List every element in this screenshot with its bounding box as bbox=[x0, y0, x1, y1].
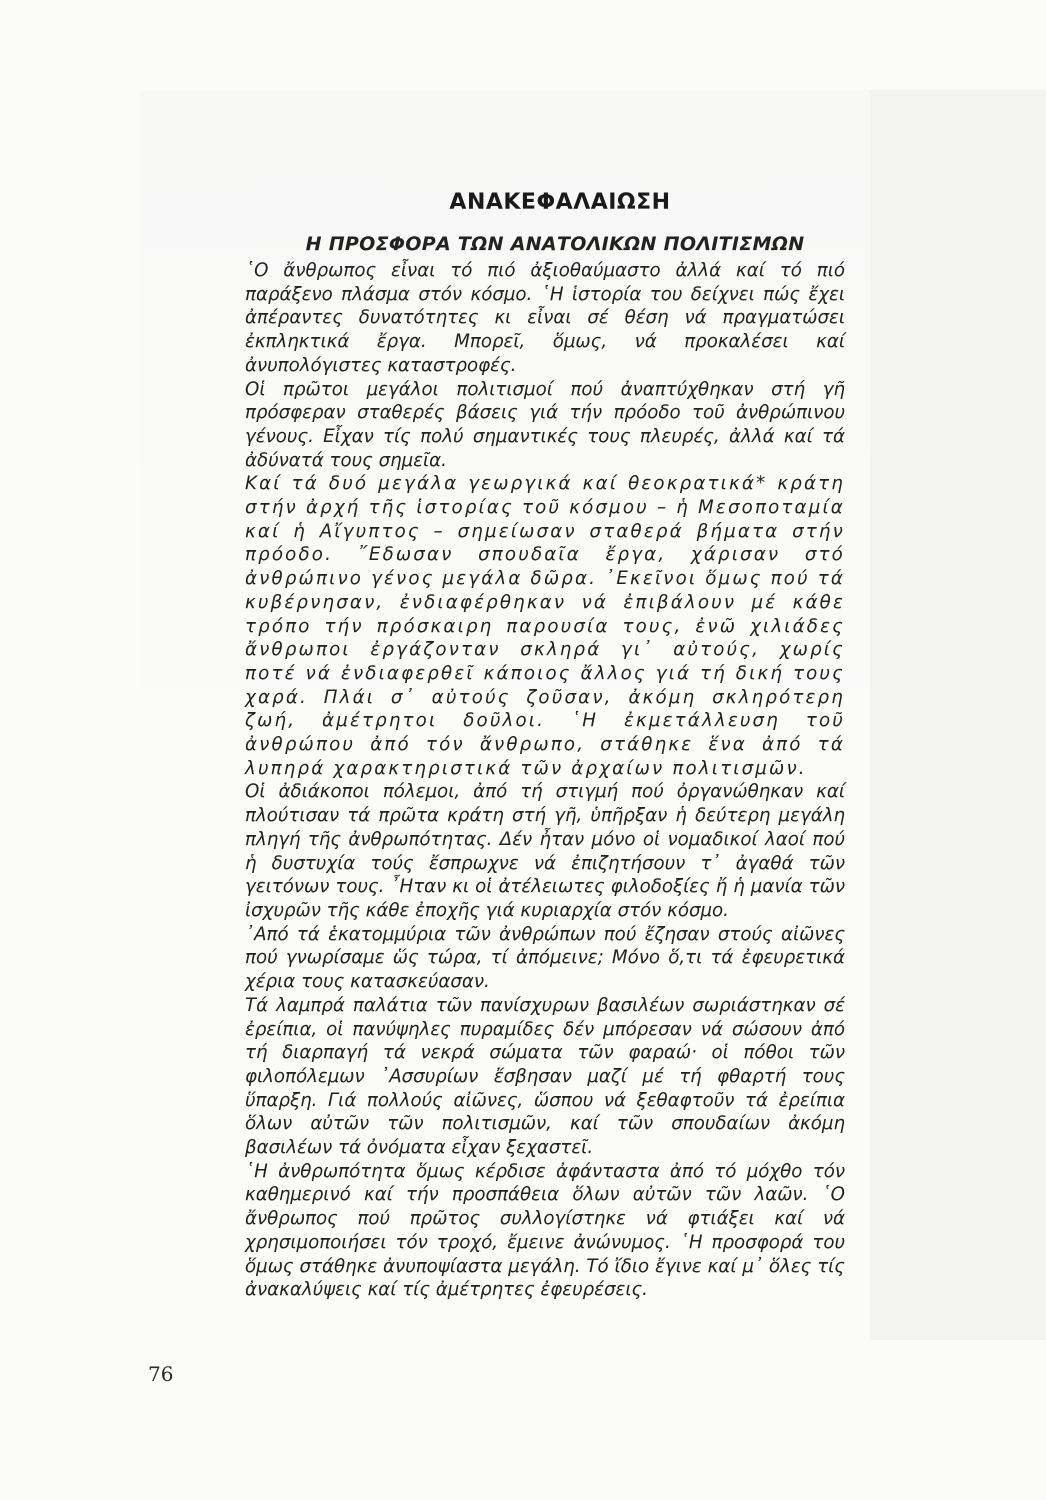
summary-section: ΑΝΑΚΕΦΑΛΑΙΩΣΗ Η ΠΡΟΣΦΟΡΑ ΤΩΝ ΑΝΑΤΟΛΙΚΩΝ … bbox=[245, 190, 845, 1302]
paragraph-5: ᾿Από τά ἑκατομμύρια τῶν ἀνθρώπων πού ἔζη… bbox=[245, 923, 845, 994]
paragraph-1: ῾Ο ἄνθρωπος εἶναι τό πιό ἀξιοθαύμαστο ἀλ… bbox=[245, 259, 845, 378]
paragraph-6: Τά λαμπρά παλάτια τῶν πανίσχυρων βασιλέω… bbox=[245, 994, 845, 1160]
section-title: ΑΝΑΚΕΦΑΛΑΙΩΣΗ bbox=[275, 190, 845, 215]
paragraph-2: Οἱ πρῶτοι μεγάλοι πολιτισμοί πού ἀναπτύχ… bbox=[245, 378, 845, 473]
paragraph-7: ῾Η ἀνθρωπότητα ὅμως κέρδισε ἀφάνταστα ἀπ… bbox=[245, 1160, 845, 1302]
paragraph-3: Καί τά δυό μεγάλα γεωργικά καί θεοκρατικ… bbox=[245, 472, 845, 780]
show-through-panel bbox=[870, 90, 1046, 1340]
section-subtitle: Η ΠΡΟΣΦΟΡΑ ΤΩΝ ΑΝΑΤΟΛΙΚΩΝ ΠΟΛΙΤΙΣΜΩΝ bbox=[265, 233, 845, 255]
page-number: 76 bbox=[148, 1362, 173, 1386]
paragraph-4: Οἱ ἀδιάκοποι πόλεμοι, ἀπό τή στιγμή πού … bbox=[245, 780, 845, 922]
